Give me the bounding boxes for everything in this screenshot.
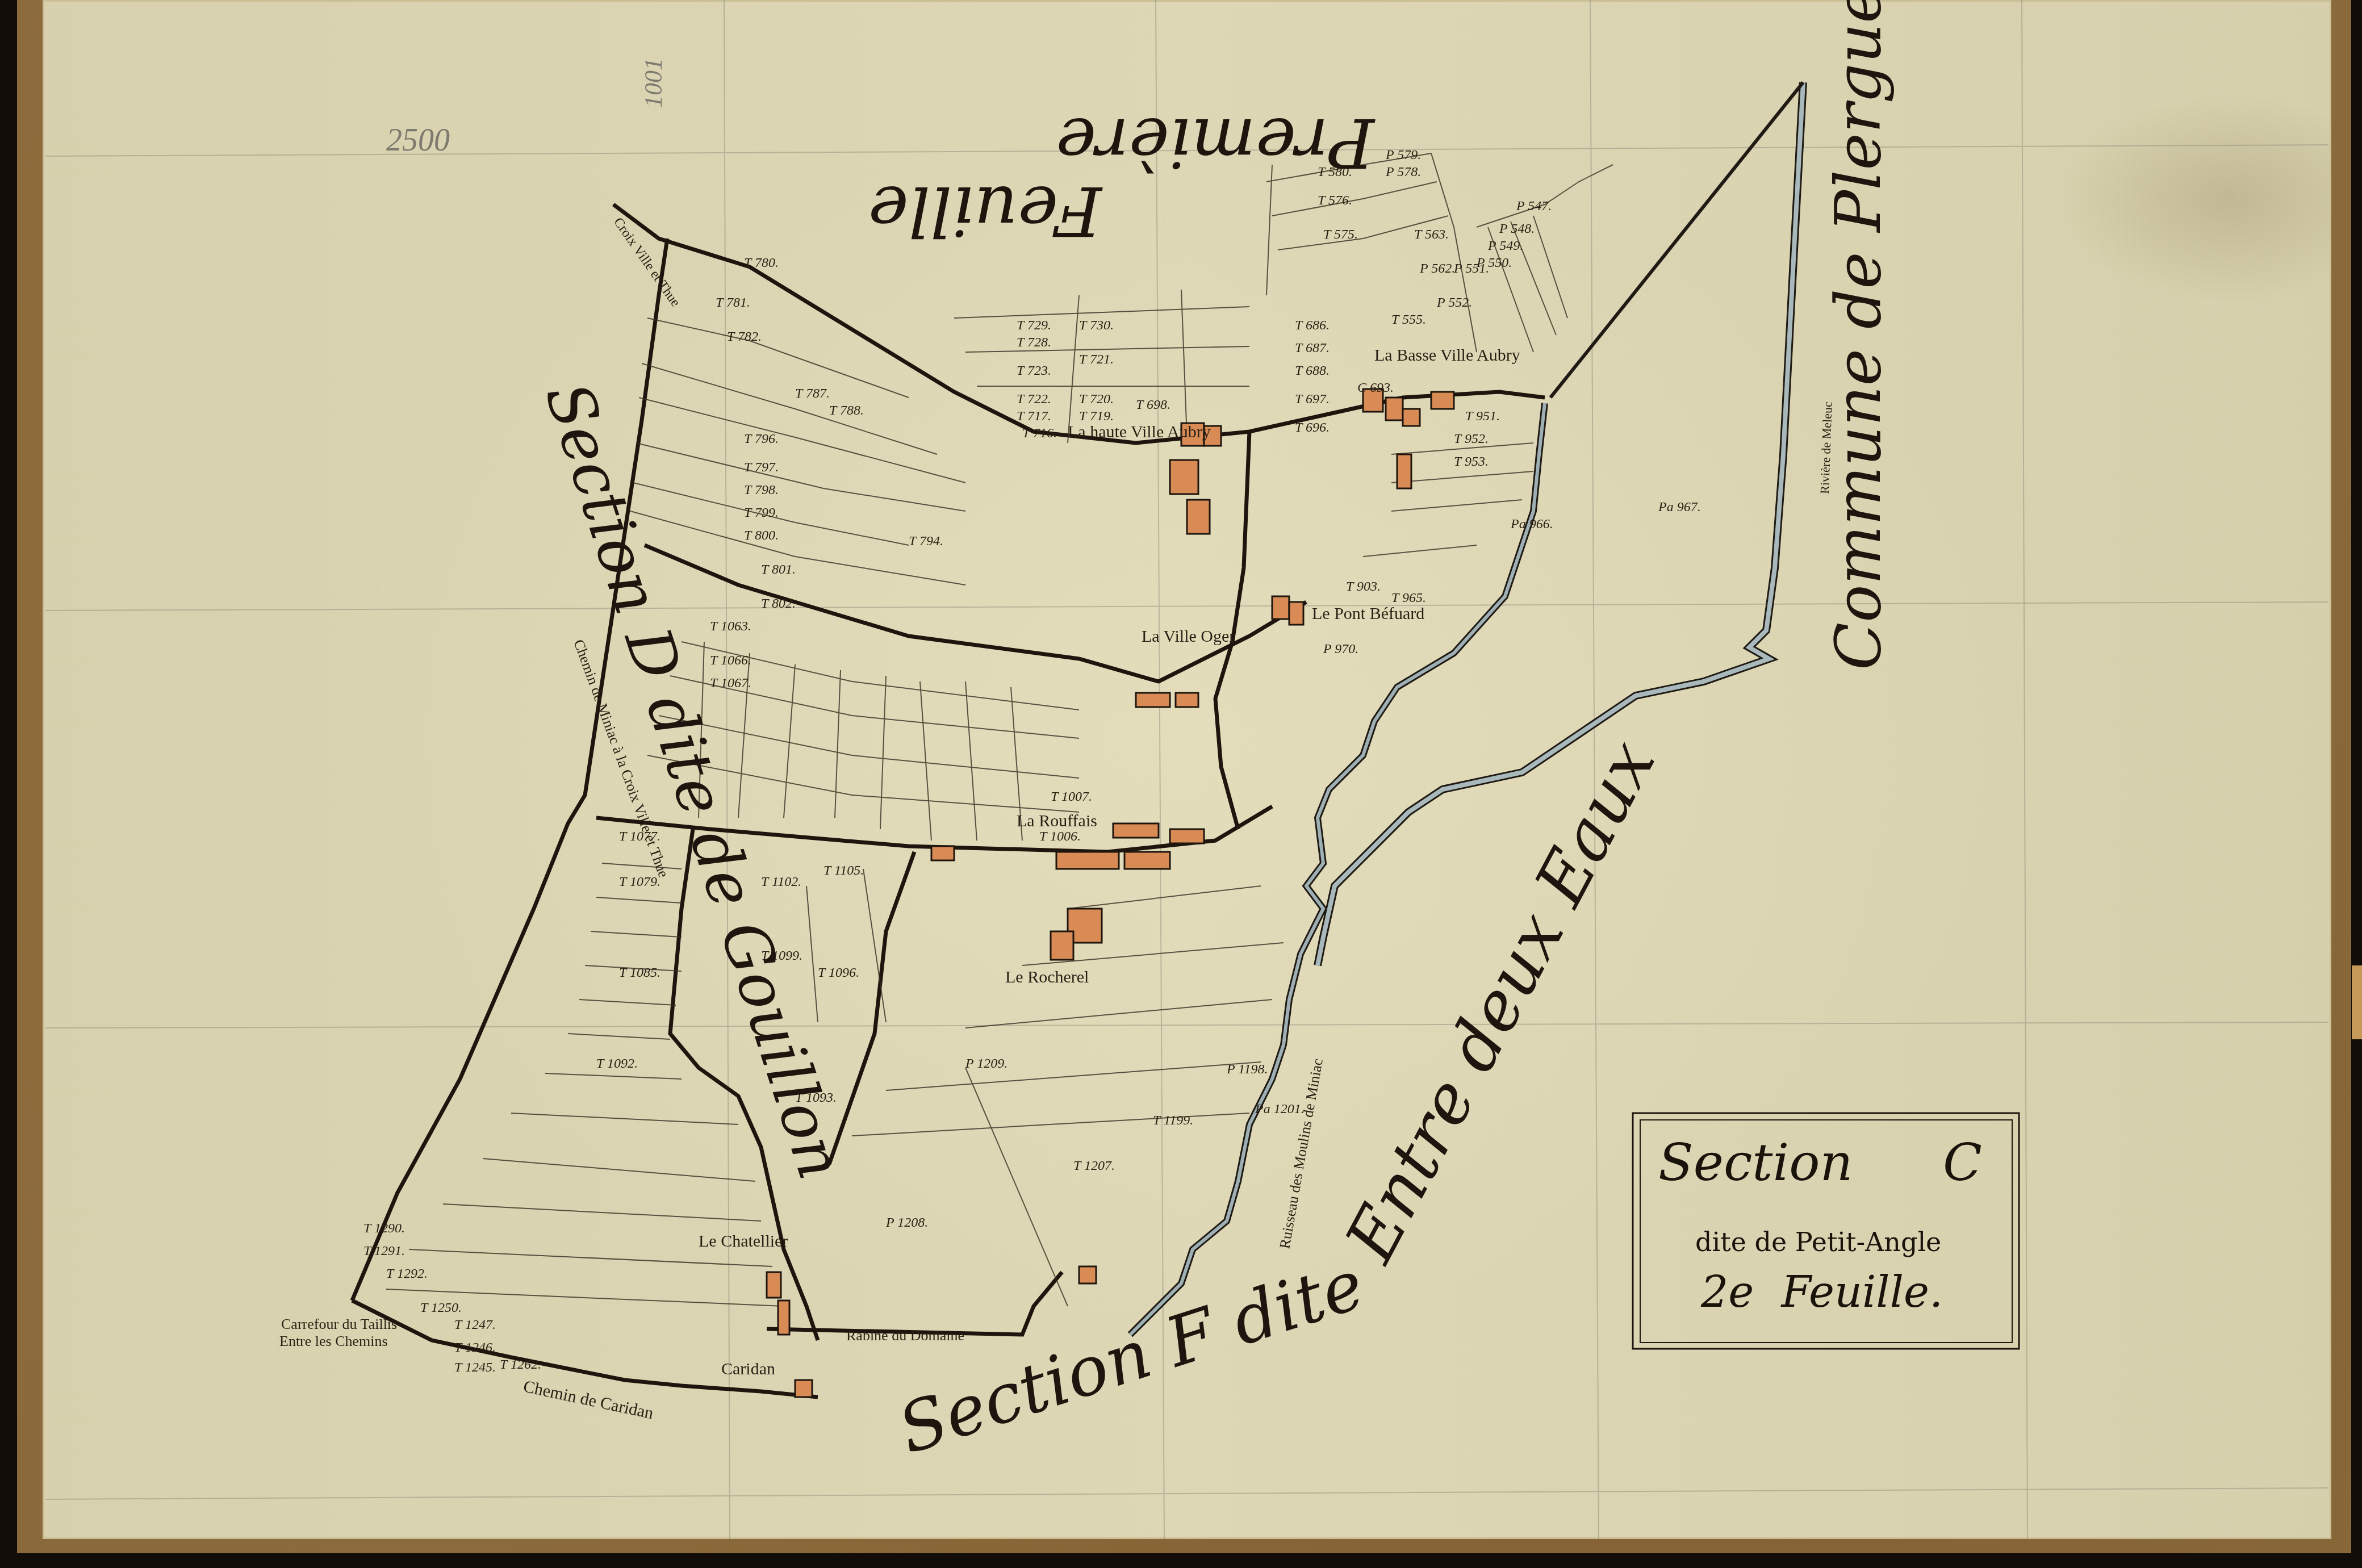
parcel-label: T 716.	[1022, 426, 1057, 441]
parcel-label: P 562.	[1419, 261, 1455, 276]
parcel-label: T 720.	[1079, 392, 1114, 407]
parcel-label: T 787.	[795, 386, 830, 401]
parcel-label: T 719.	[1079, 409, 1114, 424]
place-entre-chemins: Entre les Chemins	[279, 1333, 388, 1349]
parcel-label: T 687.	[1295, 341, 1330, 356]
parcel-label: P 1209.	[965, 1056, 1007, 1071]
parcel-label: T 722.	[1017, 392, 1051, 407]
label-entre-deux-eaux: Entre deux Eaux	[1330, 728, 1671, 1275]
place-basse-ville-aubry: La Basse Ville Aubry	[1374, 346, 1520, 365]
parcel-label: T 781.	[716, 295, 750, 310]
place-caridan: Caridan	[721, 1360, 775, 1378]
parcel-label: T 723.	[1017, 363, 1051, 378]
parcel-label: T 1105.	[823, 863, 864, 878]
parcel-label: T 686.	[1295, 318, 1330, 333]
parcel-label: T 1096.	[818, 965, 859, 980]
label-chemin-caridan: Chemin de Caridan	[522, 1377, 655, 1423]
ruisseau-moulins	[1130, 403, 1545, 1335]
parcel-label: T 721.	[1079, 352, 1114, 367]
parcel-label: T 1247.	[454, 1318, 496, 1332]
parcel-label: T 688.	[1295, 363, 1330, 378]
pencil-2500: 2500	[386, 123, 450, 158]
parcel-label: T 788.	[829, 403, 864, 418]
parcel-label: P 547.	[1516, 199, 1552, 214]
parcel-label: T 965.	[1391, 591, 1426, 605]
parcel-label: T 576.	[1318, 193, 1352, 208]
cartouche-sheet-number: 2e	[1701, 1266, 1754, 1317]
label-feuille-upside-down: Feuille	[868, 171, 1103, 250]
parcel-label: T 800.	[744, 528, 779, 543]
parcel-label: T 717.	[1017, 409, 1051, 424]
parcel-label: T 698.	[1136, 398, 1170, 412]
parcel-label: T 1092.	[596, 1056, 638, 1071]
parcel-label: T 1063.	[710, 619, 751, 634]
label-commune-plerguer: Commune de Plerguer	[1822, 0, 1895, 670]
parcel-label: T 953.	[1454, 454, 1489, 469]
place-pont-befuard: Le Pont Béfuard	[1312, 604, 1424, 623]
parcel-label: C 693.	[1357, 380, 1394, 395]
parcel-label: T 801.	[761, 562, 796, 577]
pencil-1001: 1001	[639, 58, 667, 108]
parcel-label: T 1207.	[1073, 1159, 1115, 1173]
cartouche-sheet: 2e Feuille.	[1701, 1266, 1943, 1317]
parcel-label: T 1262.	[500, 1357, 541, 1372]
parcel-label: T 729.	[1017, 318, 1051, 333]
parcel-label: T 802.	[761, 596, 796, 611]
parcel-label: T 799.	[744, 505, 779, 520]
parcel-label: T 1246.	[454, 1340, 496, 1355]
parcel-label: T 797.	[744, 460, 779, 475]
parcel-label: T 794.	[909, 534, 943, 549]
place-chatellier: Le Chatellier	[699, 1232, 788, 1251]
parcel-label: P 550.	[1476, 256, 1512, 270]
parcel-label: T 1245.	[454, 1360, 496, 1375]
place-carrefour-taillis: Carrefour du Taillis	[281, 1316, 397, 1332]
parcel-label: T 780.	[744, 256, 779, 270]
parcel-label: T 951.	[1465, 409, 1500, 424]
place-haute-ville-aubry: La haute Ville Aubry	[1068, 423, 1211, 441]
parcel-label: T 952.	[1454, 432, 1489, 446]
parcel-label: T 697.	[1295, 392, 1330, 407]
parcel-label: T 1085.	[619, 965, 660, 980]
parcel-label: P 579.	[1385, 148, 1421, 162]
parcel-label: T 575.	[1323, 227, 1358, 242]
parcel-label: T 1067.	[710, 676, 751, 691]
label-section-f: Section F dite	[889, 1245, 1373, 1470]
place-name-labels: La haute Ville Aubry La Basse Ville Aubr…	[279, 215, 1520, 1378]
parcel-label: T 782.	[727, 329, 762, 344]
parcel-label: T 1066.	[710, 653, 751, 668]
cartouche-section-word: Section	[1658, 1133, 1853, 1193]
parcel-label: T 1199.	[1153, 1113, 1193, 1128]
parcel-label: P 552.	[1436, 295, 1472, 310]
cartouche-section-letter: C	[1943, 1133, 1982, 1193]
parcel-label: P 970.	[1323, 642, 1358, 657]
parcel-label: T 1292.	[386, 1266, 428, 1281]
parcel-label: P 1198.	[1226, 1062, 1268, 1077]
parcel-label: T 798.	[744, 483, 779, 497]
cartouche-title: Section C	[1658, 1133, 1982, 1193]
label-rabine: Rabine du Domaine	[846, 1327, 964, 1344]
parcel-label: P 549.	[1487, 239, 1523, 253]
parcel-label: P 1208.	[885, 1215, 928, 1230]
parcel-label: T 728.	[1017, 335, 1051, 350]
parcel-label: T 903.	[1346, 579, 1381, 594]
parcel-label: T 730.	[1079, 318, 1114, 333]
pencil-annotations: 2500 1001	[386, 58, 667, 158]
place-ville-oger: La Ville Oger	[1142, 627, 1235, 646]
parcel-label: T 1250.	[420, 1301, 462, 1315]
parcel-label: T 1007.	[1051, 789, 1092, 804]
parcel-label: T 796.	[744, 432, 779, 446]
parcel-label: T 1290.	[363, 1221, 405, 1236]
parcel-label: T 696.	[1295, 420, 1330, 435]
parcel-label: Pa 1201.	[1255, 1102, 1305, 1117]
place-rouffais: La Rouffais	[1017, 812, 1097, 830]
parcel-label: T 563.	[1414, 227, 1449, 242]
boundary-line-ne	[1550, 82, 1803, 398]
cartouche-sheet-label: Feuille.	[1782, 1266, 1943, 1317]
parcel-labels: T 780.T 781.T 782.T 787.T 788.T 796.T 79…	[363, 148, 1701, 1375]
parcel-label: T 1079.	[619, 875, 660, 889]
label-ruisseau: Ruisseau des Moulins de Miniac	[1276, 1057, 1326, 1250]
cartouche-subtitle: dite de Petit-Angle	[1695, 1227, 1941, 1257]
label-premiere-upside-down: Première	[1056, 103, 1376, 182]
cadastral-map: T 780.T 781.T 782.T 787.T 788.T 796.T 79…	[43, 0, 2331, 1539]
parcel-label: P 578.	[1385, 165, 1421, 179]
edge-tab	[2352, 965, 2362, 1039]
parcel-label: T 1006.	[1039, 829, 1081, 844]
parcel-label: Pa 967.	[1658, 500, 1701, 515]
parcel-label: Pa 966.	[1510, 517, 1553, 532]
map-sheet: T 780.T 781.T 782.T 787.T 788.T 796.T 79…	[43, 0, 2331, 1539]
parcel-label: T 555.	[1391, 312, 1426, 327]
place-rocherel: Le Rocherel	[1005, 968, 1089, 986]
parcel-label: P 548.	[1499, 221, 1535, 236]
parcel-label: T 1291.	[363, 1244, 405, 1258]
